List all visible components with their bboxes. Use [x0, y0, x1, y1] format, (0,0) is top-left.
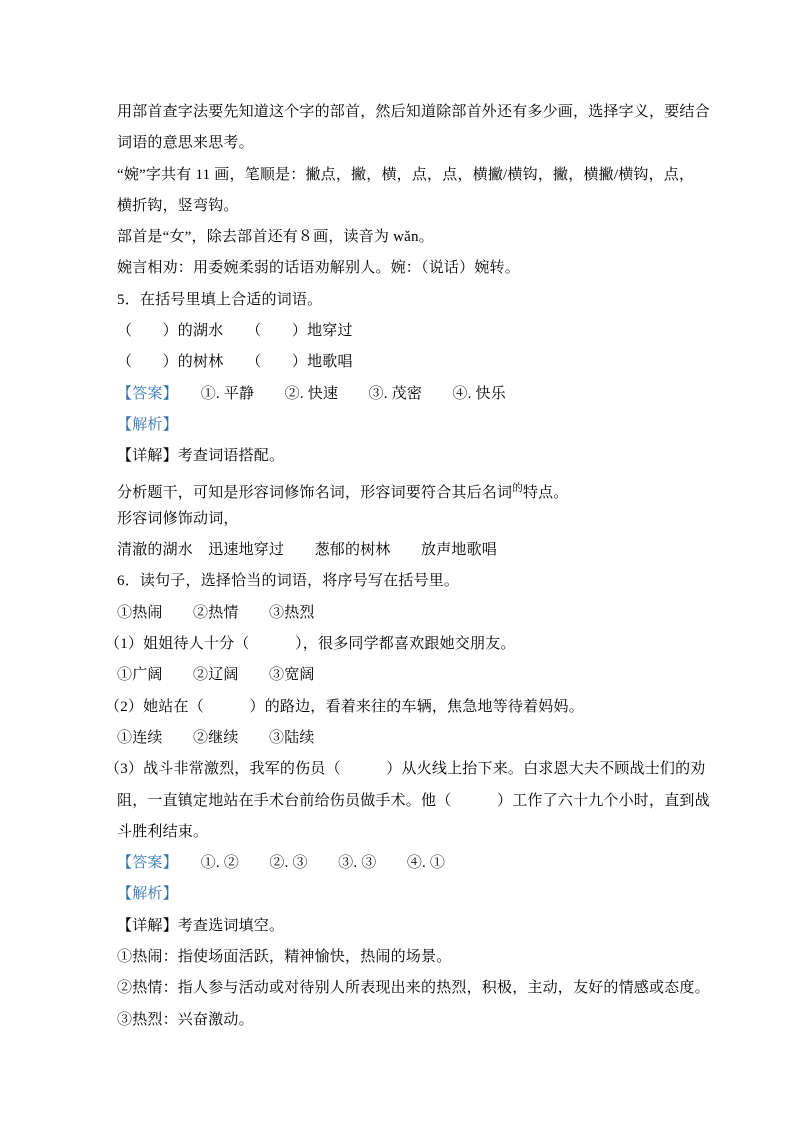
- answer-section-label: 【答案】: [117, 855, 170, 871]
- text-line: 词语的意思来思考。: [117, 128, 701, 159]
- text-segment: ②热情：指人参与活动或对待别人所表现出来的热烈，积极，主动，友好的情感或态度。: [117, 980, 710, 996]
- text-segment: ①热闹 ②热情 ③热烈: [117, 605, 315, 621]
- text-line: 5．在括号里填上合适的词语。: [117, 285, 701, 316]
- document-page: 用部首查字法要先知道这个字的部首，然后知道除部首外还有多少画，选择字义，要结合词…: [0, 0, 794, 1123]
- text-segment: 特点。: [523, 485, 569, 501]
- text-line: 【解析】: [117, 879, 701, 910]
- text-line: ①连续 ②继续 ③陆续: [117, 723, 701, 754]
- text-line: （ ）的湖水 （ ）地穿过: [117, 316, 701, 347]
- text-line: （ ）的树林 （ ）地歌唱: [117, 347, 701, 378]
- text-line: ①热闹：指使场面活跃，精神愉快，热闹的场景。: [117, 942, 701, 973]
- text-line: （3）战斗非常激烈，我军的伤员（ ）从火线上抬下来。白求恩大夫不顾战士们的劝: [105, 754, 701, 785]
- text-line: 清澈的湖水 迅速地穿过 葱郁的树林 放声地歌唱: [117, 535, 701, 566]
- text-segment: ①. ② ②. ③ ③. ③ ④. ①: [170, 855, 445, 871]
- text-segment: 5．在括号里填上合适的词语。: [117, 292, 322, 308]
- text-line: 部首是“女”，除去部首还有８画，读音为 wǎn。: [117, 222, 701, 253]
- text-line: 婉言相劝：用委婉柔弱的话语劝解别人。婉：（说话）婉转。: [117, 253, 701, 284]
- text-segment: ①热闹：指使场面活跃，精神愉快，热闹的场景。: [117, 949, 451, 965]
- text-line: “婉”字共有 11 画，笔顺是：撇点，撇，横，点，点，横撇/横钩，撇，横撇/横钩…: [117, 160, 701, 191]
- text-line: 斗胜利结束。: [117, 817, 701, 848]
- text-segment: 词语的意思来思考。: [117, 135, 254, 151]
- superscript-text: 的: [512, 483, 523, 494]
- text-segment: 横折钩，竖弯钩。: [117, 198, 239, 214]
- text-segment: 【详解】考查词语搭配。: [117, 448, 284, 464]
- answer-section-label: 【答案】: [117, 386, 170, 402]
- text-segment: 婉言相劝：用委婉柔弱的话语劝解别人。婉：（说话）婉转。: [117, 260, 520, 276]
- text-segment: 用部首查字法要先知道这个字的部首，然后知道除部首外还有多少画，选择字义，要结合: [117, 104, 710, 120]
- text-segment: ①. 平静 ②. 快速 ③. 茂密 ④. 快乐: [170, 386, 506, 402]
- text-segment: （ ）的树林 （ ）地歌唱: [117, 354, 353, 370]
- text-line: 用部首查字法要先知道这个字的部首，然后知道除部首外还有多少画，选择字义，要结合: [117, 97, 701, 128]
- text-segment: 【详解】考查选词填空。: [117, 918, 284, 934]
- text-segment: “婉”字共有 11 画，笔顺是：撇点，撇，横，点，点，横撇/横钩，撇，横撇/横钩…: [117, 167, 694, 183]
- text-line: ③热烈：兴奋激动。: [117, 1005, 701, 1036]
- text-line: ①广阔 ②辽阔 ③宽阔: [117, 660, 701, 691]
- text-line: ②热情：指人参与活动或对待别人所表现出来的热烈，积极，主动，友好的情感或态度。: [117, 973, 701, 1004]
- text-line: （2）她站在（ ）的路边，看着来往的车辆，焦急地等待着妈妈。: [105, 692, 701, 723]
- text-segment: 部首是“女”，除去部首还有８画，读音为 wǎn。: [117, 229, 434, 245]
- text-line: 阻，一直镇定地站在手术台前给伤员做手术。他（ ）工作了六十九个小时，直到战: [117, 786, 701, 817]
- text-line: 6．读句子，选择恰当的词语，将序号写在括号里。: [117, 566, 701, 597]
- text-line: （1）姐姐待人十分（ ），很多同学都喜欢跟她交朋友。: [105, 629, 701, 660]
- text-line: 【解析】: [117, 410, 701, 441]
- answer-section-label: 【解析】: [117, 886, 178, 902]
- text-segment: ③热烈：兴奋激动。: [117, 1012, 254, 1028]
- text-segment: 清澈的湖水 迅速地穿过 葱郁的树林 放声地歌唱: [117, 542, 497, 558]
- text-line: 分析题干，可知是形容词修饰名词，形容词要符合其后名词的特点。: [117, 473, 701, 504]
- text-segment: （1）姐姐待人十分（ ），很多同学都喜欢跟她交朋友。: [105, 636, 516, 652]
- text-segment: 形容词修饰动词，: [117, 511, 239, 527]
- text-segment: 分析题干，可知是形容词修饰名词，形容词要符合其后名词: [117, 485, 512, 501]
- text-line: 【答案】 ①. ② ②. ③ ③. ③ ④. ①: [117, 848, 701, 879]
- text-line: ①热闹 ②热情 ③热烈: [117, 598, 701, 629]
- document-body: 用部首查字法要先知道这个字的部首，然后知道除部首外还有多少画，选择字义，要结合词…: [117, 97, 701, 1036]
- text-segment: （ ）的湖水 （ ）地穿过: [117, 323, 353, 339]
- text-line: 【详解】考查选词填空。: [117, 911, 701, 942]
- text-line: 【答案】 ①. 平静 ②. 快速 ③. 茂密 ④. 快乐: [117, 379, 701, 410]
- text-segment: （3）战斗非常激烈，我军的伤员（ ）从火线上抬下来。白求恩大夫不顾战士们的劝: [105, 761, 706, 777]
- text-line: 【详解】考查词语搭配。: [117, 441, 701, 472]
- text-segment: 6．读句子，选择恰当的词语，将序号写在括号里。: [117, 573, 459, 589]
- text-segment: 阻，一直镇定地站在手术台前给伤员做手术。他（ ）工作了六十九个小时，直到战: [117, 793, 710, 809]
- text-line: 形容词修饰动词，: [117, 504, 701, 535]
- text-segment: （2）她站在（ ）的路边，看着来往的车辆，焦急地等待着妈妈。: [105, 699, 584, 715]
- text-segment: ①广阔 ②辽阔 ③宽阔: [117, 667, 315, 683]
- answer-section-label: 【解析】: [117, 417, 178, 433]
- text-segment: 斗胜利结束。: [117, 824, 208, 840]
- text-segment: ①连续 ②继续 ③陆续: [117, 730, 315, 746]
- text-line: 横折钩，竖弯钩。: [117, 191, 701, 222]
